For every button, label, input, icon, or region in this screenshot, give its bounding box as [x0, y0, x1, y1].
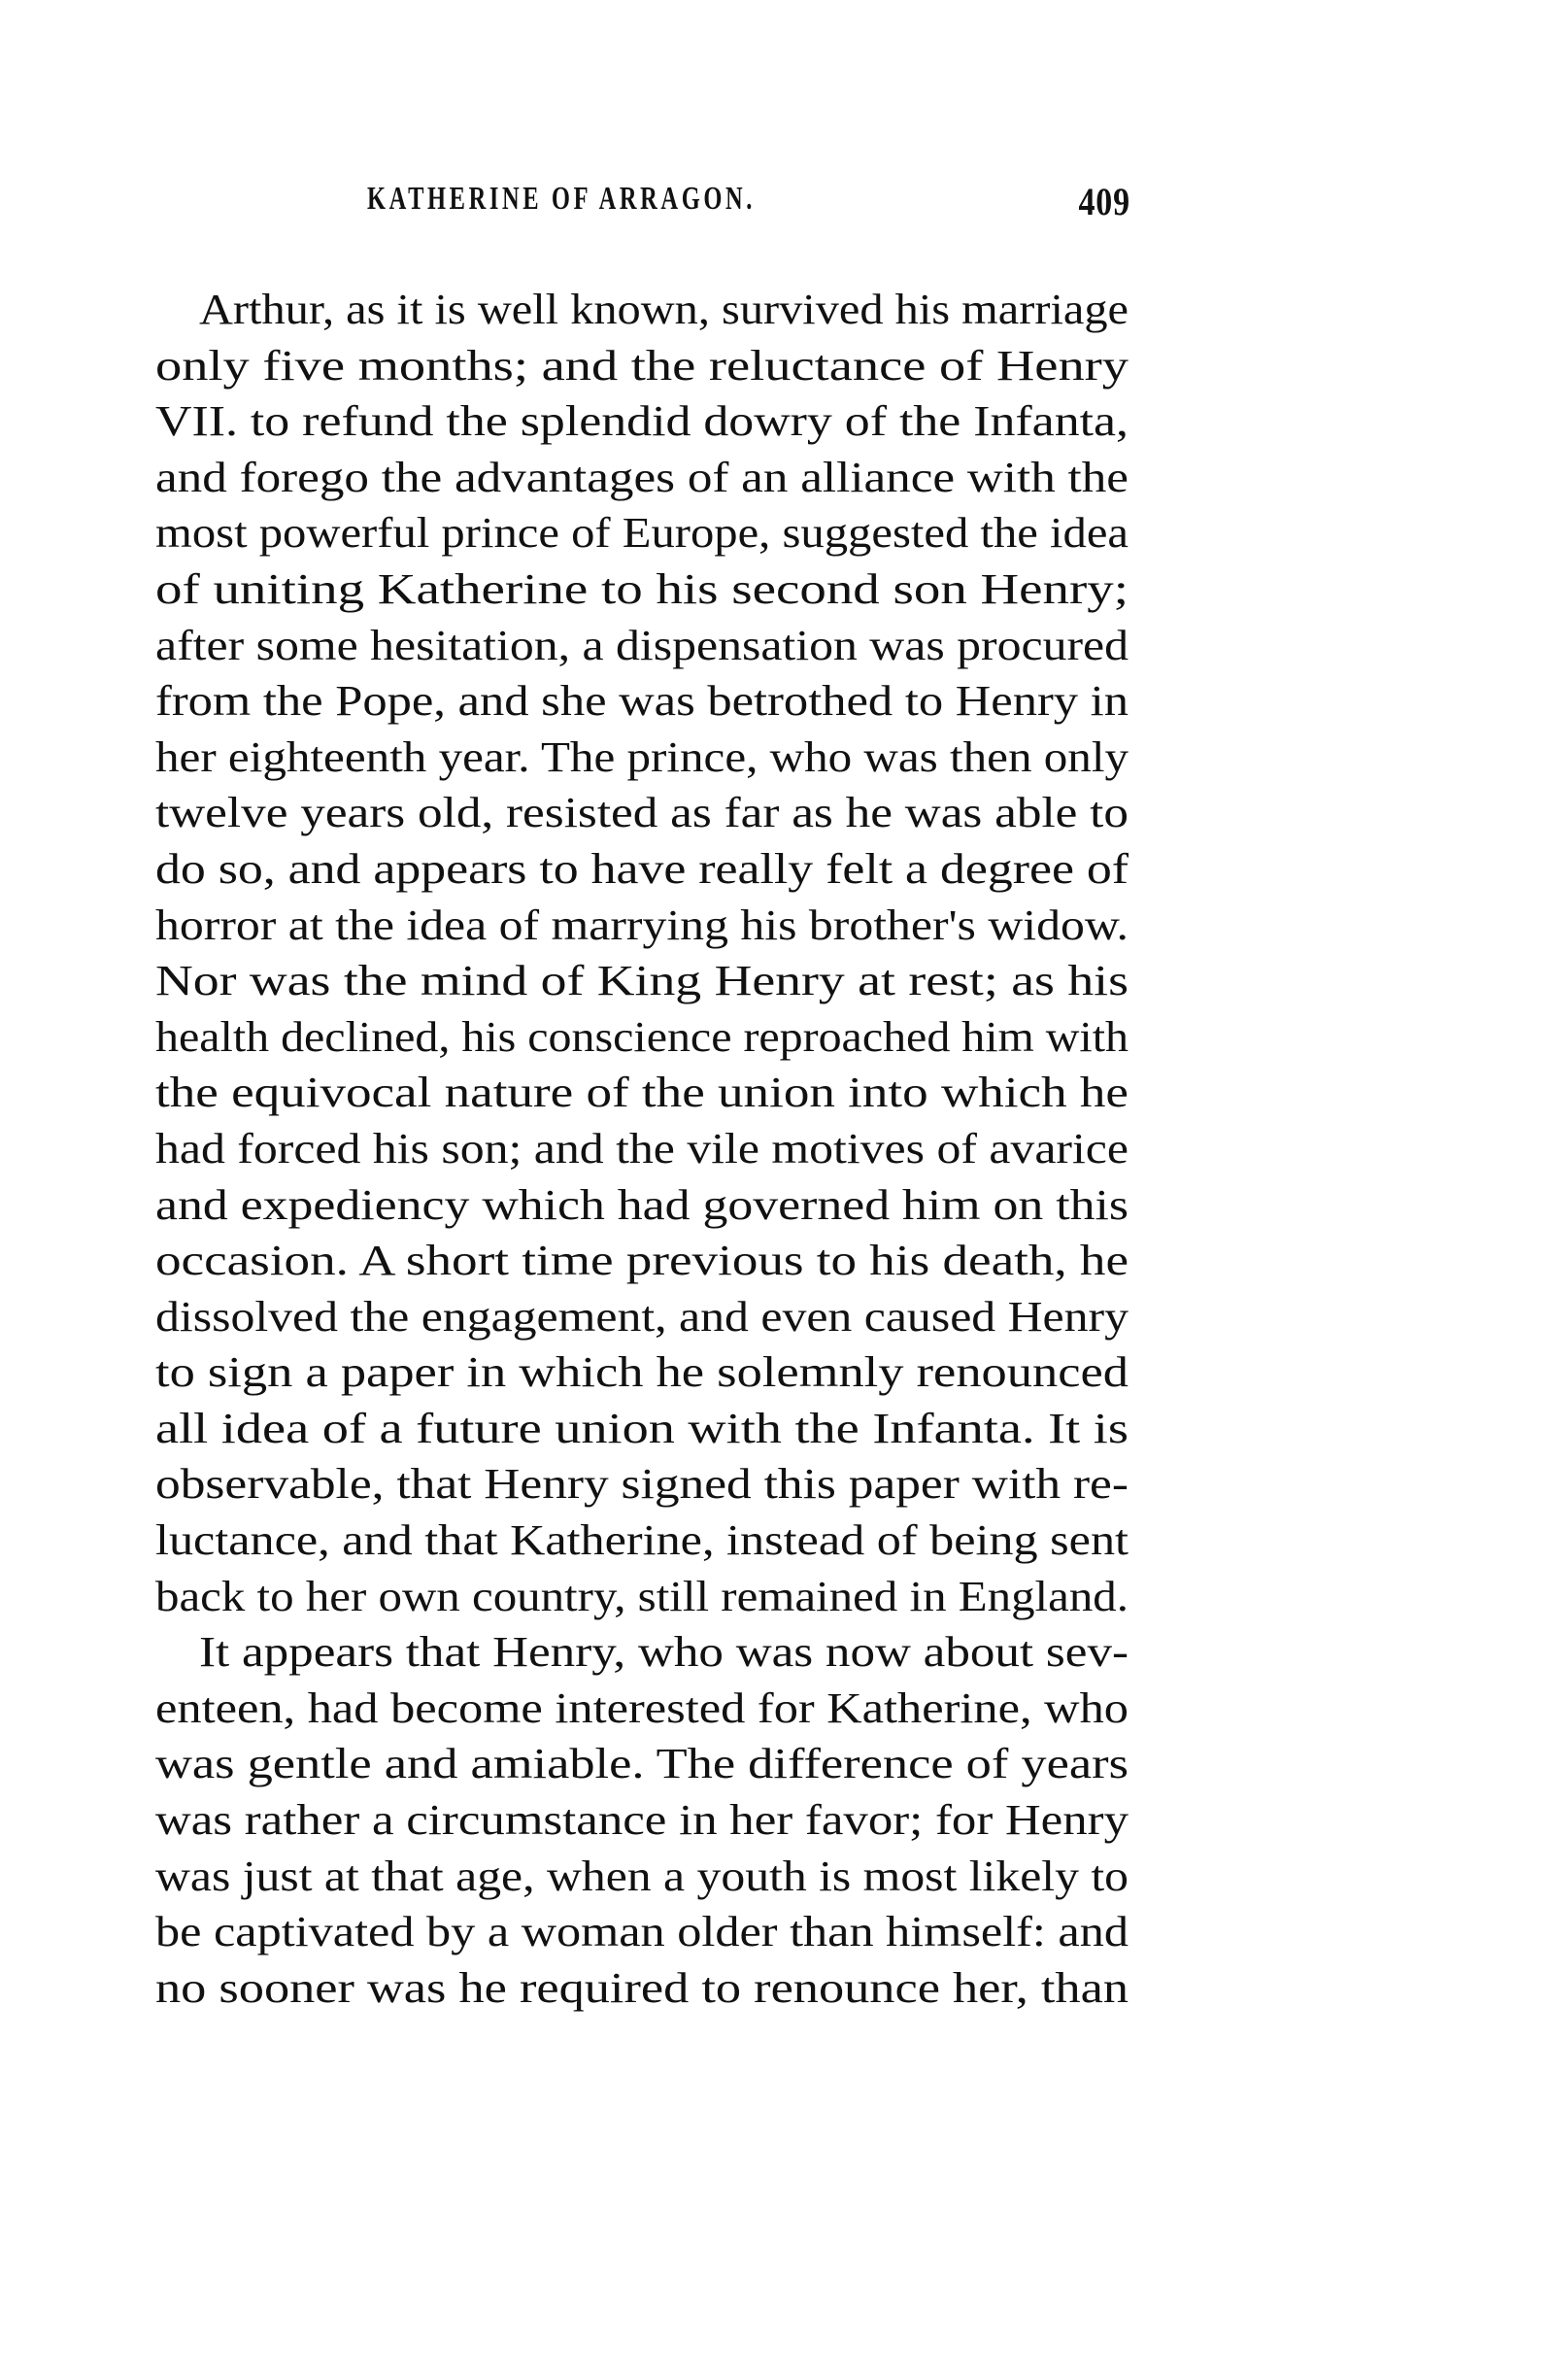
line-text: all idea of a future union with the Infa…	[155, 1401, 1129, 1457]
text-line: the equivocal nature of the union into w…	[155, 1065, 1129, 1121]
text-line: twelve years old, resisted as far as he …	[155, 785, 1129, 841]
text-line: It appears that Henry, who was now about…	[155, 1624, 1129, 1681]
text-line: back to her own country, still remained …	[155, 1569, 1129, 1625]
text-line: from the Pope, and she was betrothed to …	[155, 673, 1129, 730]
text-line: dissolved the engagement, and even cause…	[155, 1289, 1129, 1345]
text-line: VII. to refund the splendid dowry of the…	[155, 393, 1129, 450]
text-line: no sooner was he required to renounce he…	[155, 1960, 1129, 2017]
line-text: from the Pope, and she was betrothed to …	[155, 673, 1129, 730]
line-text: observable, that Henry signed this paper…	[155, 1456, 1129, 1513]
text-line: luctance, and that Katherine, instead of…	[155, 1513, 1129, 1569]
text-line: most powerful prince of Europe, suggeste…	[155, 505, 1129, 561]
text-line: be captivated by a woman older than hims…	[155, 1904, 1129, 1960]
page-number: 409	[1078, 179, 1130, 224]
line-text: to sign a paper in which he solemnly ren…	[155, 1344, 1129, 1401]
text-line: and forego the advantages of an alliance…	[155, 450, 1129, 506]
line-text: had forced his son; and the vile motives…	[155, 1121, 1129, 1177]
text-line: do so, and appears to have really felt a…	[155, 841, 1129, 898]
text-line: of uniting Katherine to his second son H…	[155, 561, 1129, 618]
text-line: only five months; and the reluctance of …	[155, 338, 1129, 394]
text-line: was gentle and amiable. The difference o…	[155, 1736, 1129, 1792]
line-text: was just at that age, when a youth is mo…	[155, 1849, 1129, 1905]
line-text: no sooner was he required to renounce he…	[155, 1960, 1129, 2017]
text-line: horror at the idea of marrying his broth…	[155, 898, 1129, 954]
text-line: Nor was the mind of King Henry at rest; …	[155, 953, 1129, 1009]
line-text: It appears that Henry, who was now about…	[199, 1624, 1129, 1681]
line-text: after some hesitation, a dispensation wa…	[155, 618, 1129, 674]
line-text: most powerful prince of Europe, suggeste…	[155, 505, 1129, 561]
line-text: health declined, his conscience reproach…	[155, 1009, 1129, 1066]
text-line: observable, that Henry signed this paper…	[155, 1456, 1129, 1513]
text-line: Arthur, as it is well known, survived hi…	[155, 282, 1129, 338]
line-text: do so, and appears to have really felt a…	[155, 841, 1129, 898]
body-text: Arthur, as it is well known, survived hi…	[155, 282, 1129, 2016]
text-line: health declined, his conscience reproach…	[155, 1009, 1129, 1066]
text-line: was rather a circumstance in her favor; …	[155, 1792, 1129, 1849]
line-text: and forego the advantages of an alliance…	[155, 450, 1129, 506]
line-text: back to her own country, still remained …	[155, 1569, 1129, 1625]
text-line: enteen, had become interested for Kather…	[155, 1681, 1129, 1737]
running-head: KATHERINE OF ARRAGON. 409	[367, 181, 1130, 223]
line-text: occasion. A short time previous to his d…	[155, 1233, 1129, 1289]
line-text: was rather a circumstance in her favor; …	[155, 1792, 1129, 1849]
line-text: and expediency which had governed him on…	[155, 1177, 1129, 1234]
text-line: was just at that age, when a youth is mo…	[155, 1849, 1129, 1905]
book-page: KATHERINE OF ARRAGON. 409 Arthur, as it …	[0, 0, 1550, 2380]
text-line: had forced his son; and the vile motives…	[155, 1121, 1129, 1177]
line-text: horror at the idea of marrying his broth…	[155, 898, 1129, 954]
text-line: and expediency which had governed him on…	[155, 1177, 1129, 1234]
text-line: to sign a paper in which he solemnly ren…	[155, 1344, 1129, 1401]
line-text: VII. to refund the splendid dowry of the…	[155, 393, 1129, 450]
line-text: the equivocal nature of the union into w…	[155, 1065, 1129, 1121]
line-text: Nor was the mind of King Henry at rest; …	[155, 953, 1129, 1009]
line-text: of uniting Katherine to his second son H…	[155, 561, 1129, 618]
line-text: luctance, and that Katherine, instead of…	[155, 1513, 1129, 1569]
text-line: after some hesitation, a dispensation wa…	[155, 618, 1129, 674]
line-text: enteen, had become interested for Kather…	[155, 1681, 1129, 1737]
text-line: all idea of a future union with the Infa…	[155, 1401, 1129, 1457]
line-text: dissolved the engagement, and even cause…	[155, 1289, 1129, 1345]
line-text: twelve years old, resisted as far as he …	[155, 785, 1129, 841]
text-line: occasion. A short time previous to his d…	[155, 1233, 1129, 1289]
line-text: was gentle and amiable. The difference o…	[155, 1736, 1129, 1792]
line-text: Arthur, as it is well known, survived hi…	[199, 282, 1129, 338]
line-text: her eighteenth year. The prince, who was…	[155, 730, 1129, 786]
text-line: her eighteenth year. The prince, who was…	[155, 730, 1129, 786]
line-text: only five months; and the reluctance of …	[155, 338, 1129, 394]
running-head-title: KATHERINE OF ARRAGON.	[367, 181, 756, 218]
line-text: be captivated by a woman older than hims…	[155, 1904, 1129, 1960]
